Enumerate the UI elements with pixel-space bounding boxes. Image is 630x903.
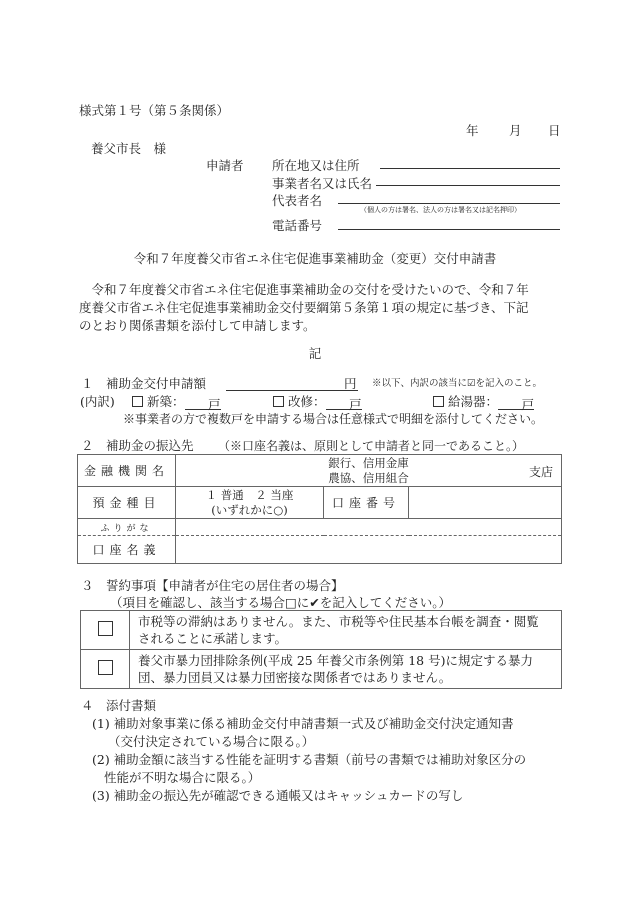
date-year-label: 年 [466,122,479,139]
section3-heading: ３ 誓約事項【申請者が住宅の居住者の場合】 [81,577,344,594]
pledge-text-2: 養父市暴力団排除条例(平成 25 年養父市条例第 18 号)に規定する暴力 団、… [130,650,562,689]
pledge-text-1: 市税等の滞納はありません。また、市税等や住民基本台帳を調査・閲覧 されることに承… [130,611,562,650]
section2-note: （※口座名義は、原則として申請者と同一であること。） [218,438,524,454]
deposit-hint: (いずれかに○) [182,503,317,518]
water-heater-checkbox[interactable] [433,396,444,407]
pledge-checkbox-1[interactable] [98,621,113,636]
ki-label: 記 [0,345,630,362]
furigana-field[interactable] [176,519,562,536]
phone-field[interactable] [338,229,560,230]
addressee: 養父市長 様 [91,140,166,157]
business-name-label: 事業者名又は氏名 [272,175,372,192]
intro-line-3: のとおり関係書類を添付して申請します。 [79,317,316,334]
water-heater-count-field[interactable]: 戸 [498,396,534,410]
address-label: 所在地又は住所 [272,157,360,174]
account-number-field[interactable] [409,487,562,519]
intro-line-2: 度養父市省エネ住宅促進事業補助金交付要綱第５条第１項の規定に基づき、下記 [79,299,529,316]
bank-account-table: 金融機関名 銀行、信用金庫 農協、信用組合 支店 預金種目 １ 普通 ２ 当座 … [77,454,562,564]
phone-label: 電話番号 [272,217,322,234]
water-heater-label: 給湯器： [448,394,498,409]
signature-note: （個人の方は署名、法人の方は署名又は記名押印） [360,206,521,215]
multi-unit-note: ※事業者の方で複数戸を申請する場合は任意様式で明細を添付してください。 [123,411,543,427]
new-build-item: 新築：戸 [132,393,221,410]
attachment-3-line-1: (3) 補助金の振込先が確認できる通帳又はキャッシュカードの写し [92,787,463,804]
deposit-type-label: 預金種目 [78,487,176,519]
branch-label: 支店 [529,463,553,480]
section4-heading: ４ 添付書類 [81,697,156,714]
institution-types-1: 銀行、信用金庫 [182,456,555,471]
pledge-table: 市税等の滞納はありません。また、市税等や住民基本台帳を調査・閲覧 されることに承… [80,610,562,689]
new-build-label: 新築： [147,394,185,409]
form-number: 様式第１号（第５条関係） [79,102,229,119]
account-holder-field[interactable] [176,536,562,564]
applicant-label: 申請者 [206,157,244,174]
new-build-count-field[interactable]: 戸 [185,396,221,410]
check-note: ※以下、内訳の該当に☑を記入のこと。 [372,377,542,391]
account-holder-label: 口座名義 [78,536,176,564]
pledge-2-line-1: 養父市暴力団排除条例(平成 25 年養父市条例第 18 号)に規定する暴力 [138,652,553,669]
representative-label: 代表者名 [272,192,322,209]
date-month-label: 月 [509,122,522,139]
pledge-checkbox-cell-1[interactable] [81,611,130,650]
deposit-options: １ 普通 ２ 当座 [182,488,317,503]
renovation-label: 改修： [288,394,326,409]
section3-instruction: （項目を確認し、該当する場合□に✔を記入してください。） [110,594,451,611]
section2-heading: ２ 補助金の振込先 [81,437,194,454]
account-number-label: 口座番号 [324,487,409,519]
section1-heading: １ 補助金交付申請額 [81,375,206,392]
attachment-2-line-1: (2) 補助金額に該当する性能を証明する書類（前号の書類では補助対象区分の [92,751,526,768]
date-day-label: 日 [548,122,561,139]
yen-unit: 円 [344,375,357,392]
furigana-label: ふりがな [78,519,176,536]
institution-label: 金融機関名 [78,455,176,487]
amount-field[interactable] [226,390,358,391]
renovation-unit: 戸 [349,397,362,412]
attachment-2-line-2: 性能が不明な場合に限る。） [104,769,260,786]
new-build-unit: 戸 [208,397,221,412]
deposit-type-field[interactable]: １ 普通 ２ 当座 (いずれかに○) [176,487,324,519]
document-title: 令和７年度養父市省エネ住宅促進事業補助金（変更）交付申請書 [0,250,630,267]
representative-field[interactable] [338,203,560,204]
new-build-checkbox[interactable] [132,396,143,407]
pledge-1-line-2: されることに承諾します。 [138,630,553,647]
renovation-count-field[interactable]: 戸 [326,396,362,410]
institution-field[interactable]: 銀行、信用金庫 農協、信用組合 支店 [176,455,562,487]
renovation-item: 改修：戸 [273,393,362,410]
business-name-field[interactable] [376,185,560,186]
renovation-checkbox[interactable] [273,396,284,407]
pledge-2-line-2: 団、暴力団員又は暴力団密接な関係者ではありません。 [138,669,553,686]
pledge-1-line-1: 市税等の滞納はありません。また、市税等や住民基本台帳を調査・閲覧 [138,613,553,630]
pledge-checkbox-cell-2[interactable] [81,650,130,689]
address-field[interactable] [380,168,560,169]
pledge-checkbox-2[interactable] [98,660,113,675]
attachment-1-line-2: （交付決定されている場合に限る。） [108,733,314,750]
intro-line-1: 令和７年度養父市省エネ住宅促進事業補助金の交付を受けたいので、令和７年 [79,281,529,298]
water-heater-unit: 戸 [522,397,535,412]
institution-types-2: 農協、信用組合 [182,471,555,486]
water-heater-item: 給湯器：戸 [433,393,534,410]
breakdown-label: (内訳) [80,393,115,410]
attachment-1-line-1: (1) 補助対象事業に係る補助金交付申請書類一式及び補助金交付決定通知書 [92,715,514,732]
